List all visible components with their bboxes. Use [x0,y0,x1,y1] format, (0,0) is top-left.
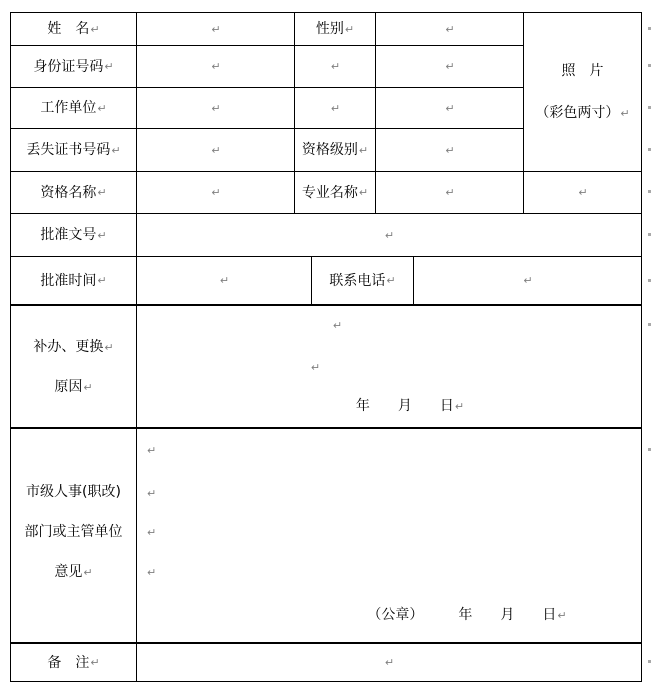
row-end-mark [648,27,651,30]
gender-value-cell[interactable]: ↵ [376,13,524,46]
approvalno-label-cell: 批准文号↵ [11,214,137,257]
major-label: 专业名称 [302,184,358,202]
paragraph-mark: ↵ [455,400,464,413]
row-end-mark [648,64,651,67]
paragraph-mark: ↵ [557,609,566,622]
row-department-opinion: 市级人事(职改) 部门或主管单位 意见↵ ↵ ↵ ↵ ↵ （公章） 年 月 日↵ [11,429,641,644]
phone-value-cell[interactable]: ↵ [414,257,641,306]
gender-label-cell: 性别↵ [295,13,376,46]
paragraph-mark: ↵ [445,187,454,198]
opinion-label-line1: 市级人事(职改) [26,483,121,501]
remarks-value-cell[interactable]: ↵ [137,644,641,681]
workunit-value-cell[interactable]: ↵ [137,88,295,129]
row-end-mark [648,106,651,109]
major-label-cell: 专业名称↵ [295,172,376,214]
workunit-label: 工作单位 [40,99,96,117]
form-table: 姓 名↵ ↵ 性别↵ ↵ 身份证号码↵ ↵ ↵ ↵ 工作单位↵ ↵ [10,12,642,682]
seal-date-line: （公章） 年 月 日 [367,607,556,623]
paragraph-mark: ↵ [147,526,156,539]
id-label: 身份证号码 [33,58,103,76]
paragraph-mark: ↵ [97,275,106,286]
paragraph-mark: ↵ [359,187,368,198]
paragraph-mark: ↵ [359,145,368,156]
paragraph-mark: ↵ [147,566,156,579]
lostcert-value-cell[interactable]: ↵ [137,129,295,172]
paragraph-mark: ↵ [385,230,394,241]
row-approval-time: 批准时间↵ ↵ 联系电话↵ ↵ [11,257,641,306]
paragraph-mark: ↵ [83,381,92,394]
opinion-value-cell[interactable]: ↵ ↵ ↵ ↵ （公章） 年 月 日↵ [137,429,641,644]
reason-date-line: 年 月 日 [356,398,454,414]
paragraph-mark: ↵ [445,24,454,35]
photo-subtitle: （彩色两寸） [535,105,619,121]
paragraph-mark: ↵ [578,187,587,198]
paragraph-mark: ↵ [83,566,92,579]
paragraph-mark: ↵ [445,103,454,114]
row-end-mark [648,148,651,151]
id-extra-cell-2[interactable]: ↵ [376,46,524,88]
qualname-label: 资格名称 [40,184,96,202]
paragraph-mark: ↵ [147,444,156,457]
approvalno-value-cell[interactable]: ↵ [137,214,641,257]
workunit-extra-cell-2[interactable]: ↵ [376,88,524,129]
paragraph-mark: ↵ [97,230,106,241]
paragraph-mark: ↵ [523,275,532,286]
level-value-cell[interactable]: ↵ [376,129,524,172]
row-reason: 补办、更换↵ 原因↵ ↵ ↵ 年 月 日↵ [11,306,641,429]
level-label: 资格级别 [302,141,358,159]
remarks-label-cell: 备 注↵ [11,644,137,681]
major-value-cell[interactable]: ↵ [376,172,524,214]
paragraph-mark: ↵ [104,341,113,354]
name-value-cell[interactable]: ↵ [137,13,295,46]
id-label-cell: 身份证号码↵ [11,46,137,88]
gender-label: 性别 [316,20,344,38]
paragraph-mark: ↵ [147,487,156,500]
level-label-cell: 资格级别↵ [295,129,376,172]
approvalno-label: 批准文号 [40,226,96,244]
paragraph-mark: ↵ [97,103,106,114]
reason-label-line1: 补办、更换 [33,339,103,355]
paragraph-mark: ↵ [211,187,220,198]
paragraph-mark: ↵ [331,61,340,72]
photo-title: 照 片 [562,62,604,80]
paragraph-mark: ↵ [104,61,113,72]
opinion-label-line2: 部门或主管单位 [25,523,123,541]
row-end-mark [648,233,651,236]
workunit-label-cell: 工作单位↵ [11,88,137,129]
opinion-label-line3: 意见 [54,564,82,580]
paragraph-mark: ↵ [211,145,220,156]
row-end-mark [648,323,651,326]
approvaltime-label: 批准时间 [40,272,96,290]
paragraph-mark: ↵ [97,187,106,198]
paragraph-mark: ↵ [211,24,220,35]
qualname-value-cell[interactable]: ↵ [137,172,295,214]
row-remarks: 备 注↵ ↵ [11,644,641,681]
paragraph-mark: ↵ [331,103,340,114]
approvaltime-label-cell: 批准时间↵ [11,257,137,306]
workunit-extra-cell-1[interactable]: ↵ [295,88,376,129]
qualname-label-cell: 资格名称↵ [11,172,137,214]
paragraph-mark: ↵ [333,319,342,332]
paragraph-mark: ↵ [220,275,229,286]
paragraph-mark: ↵ [211,103,220,114]
paragraph-mark: ↵ [386,275,395,286]
paragraph-mark: ↵ [620,107,629,120]
name-label: 姓 名 [47,20,89,38]
photo-cell[interactable]: 照 片 （彩色两寸）↵ [524,13,641,172]
lostcert-label-cell: 丢失证书号码↵ [11,129,137,172]
row-qualification: 资格名称↵ ↵ 专业名称↵ ↵ ↵ [11,172,641,214]
row-approval-number: 批准文号↵ ↵ [11,214,641,257]
reason-value-cell[interactable]: ↵ ↵ 年 月 日↵ [137,306,641,429]
row-end-mark [648,279,651,282]
paragraph-mark: ↵ [90,657,99,668]
major-extra-cell[interactable]: ↵ [524,172,641,214]
id-value-cell[interactable]: ↵ [137,46,295,88]
opinion-label-cell: 市级人事(职改) 部门或主管单位 意见↵ [11,429,137,644]
row-end-mark [648,660,651,663]
paragraph-mark: ↵ [311,361,320,374]
document-page: { "pm": "↵", "colors": { "border": "#000… [0,0,653,683]
paragraph-mark: ↵ [111,145,120,156]
paragraph-mark: ↵ [90,24,99,35]
row-end-mark [648,448,651,451]
paragraph-mark: ↵ [345,24,354,35]
phone-label-cell: 联系电话↵ [312,257,414,306]
row-end-mark [648,190,651,193]
paragraph-mark: ↵ [385,657,394,668]
lostcert-label: 丢失证书号码 [26,141,110,159]
paragraph-mark: ↵ [211,61,220,72]
phone-label: 联系电话 [329,272,385,290]
remarks-label: 备 注 [47,654,89,672]
name-label-cell: 姓 名↵ [11,13,137,46]
approvaltime-value-cell[interactable]: ↵ [137,257,312,306]
id-extra-cell-1[interactable]: ↵ [295,46,376,88]
paragraph-mark: ↵ [445,61,454,72]
reason-label-line2: 原因 [54,379,82,395]
paragraph-mark: ↵ [445,145,454,156]
